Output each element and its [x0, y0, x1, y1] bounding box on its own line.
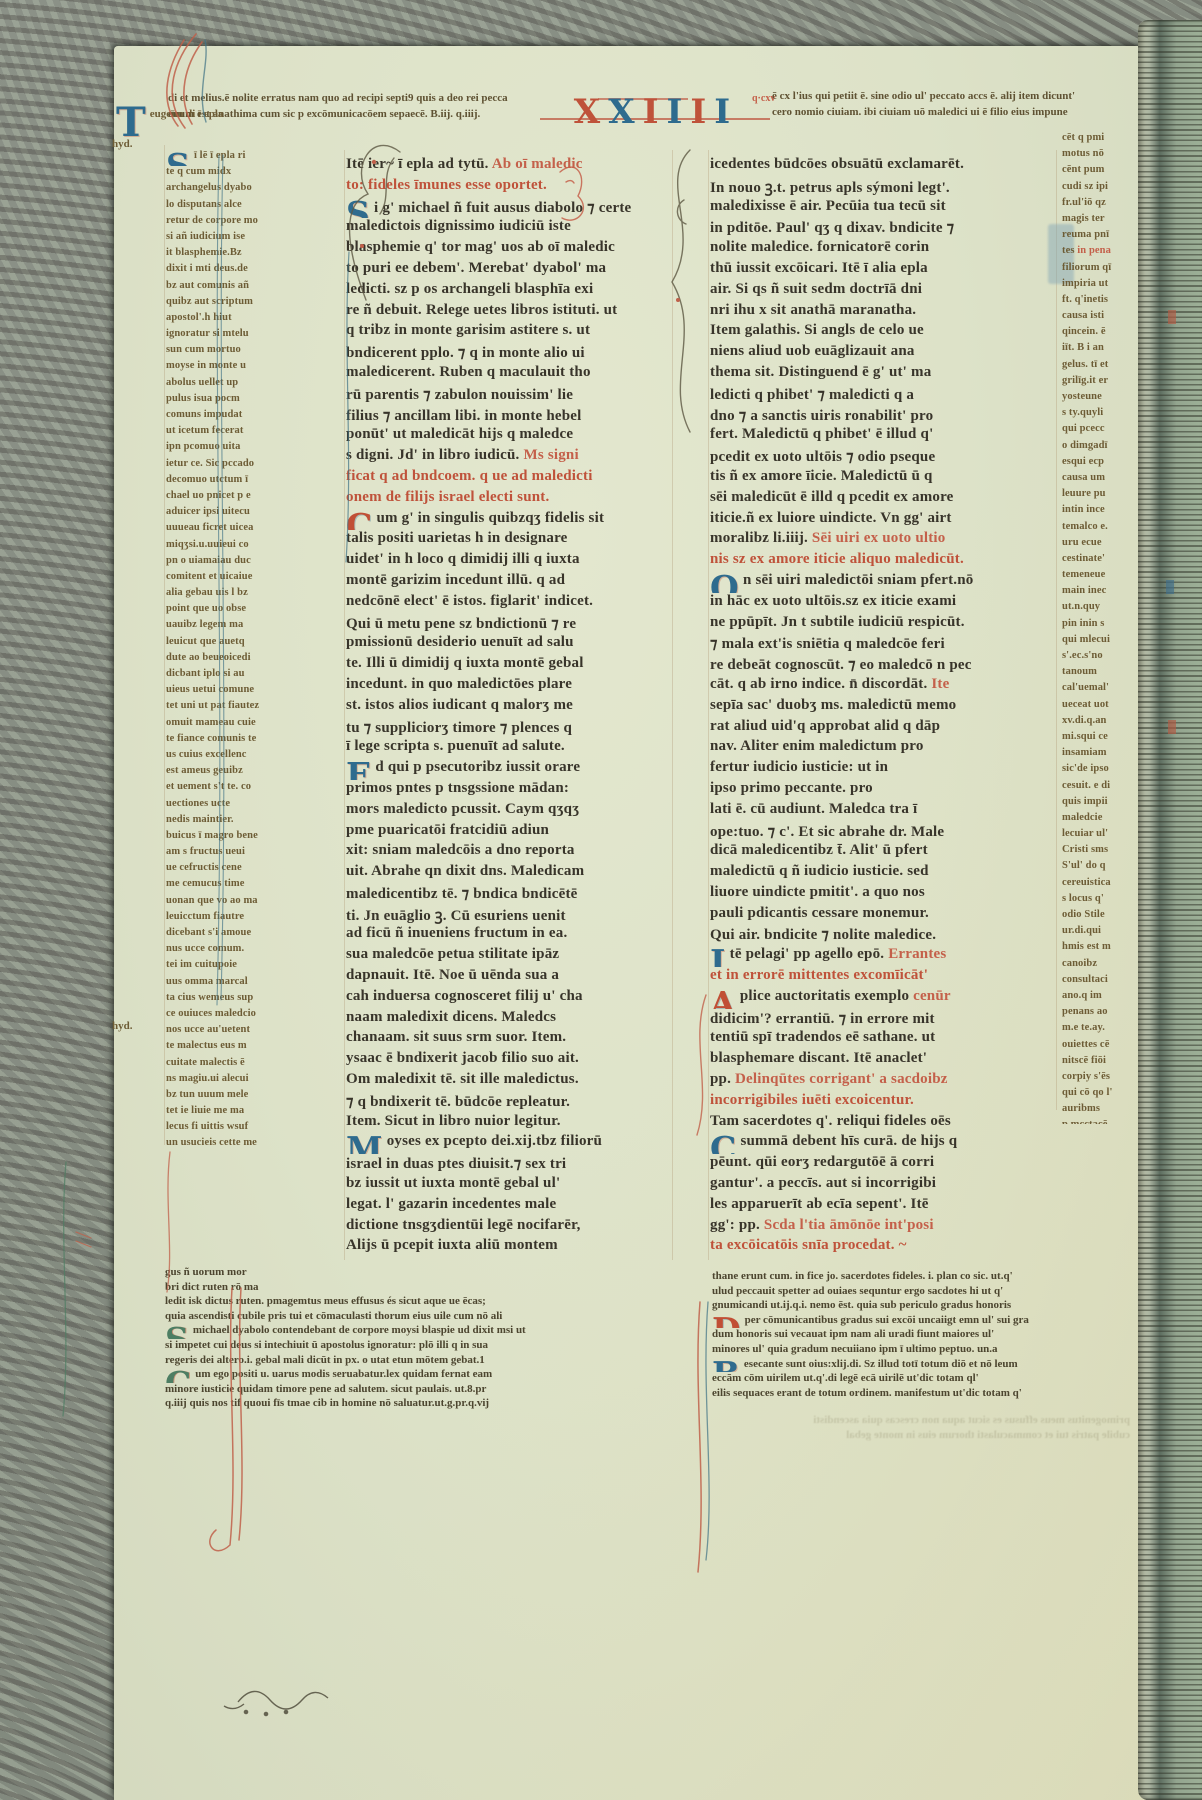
- pen-flourish-layer: [0, 0, 1202, 1800]
- manuscript-photo: { "colors":{"parchment":"#dde2c8","fabri…: [0, 0, 1202, 1800]
- pen-flourish: [63, 34, 709, 1572]
- pen-trial-squiggle: [224, 1691, 328, 1715]
